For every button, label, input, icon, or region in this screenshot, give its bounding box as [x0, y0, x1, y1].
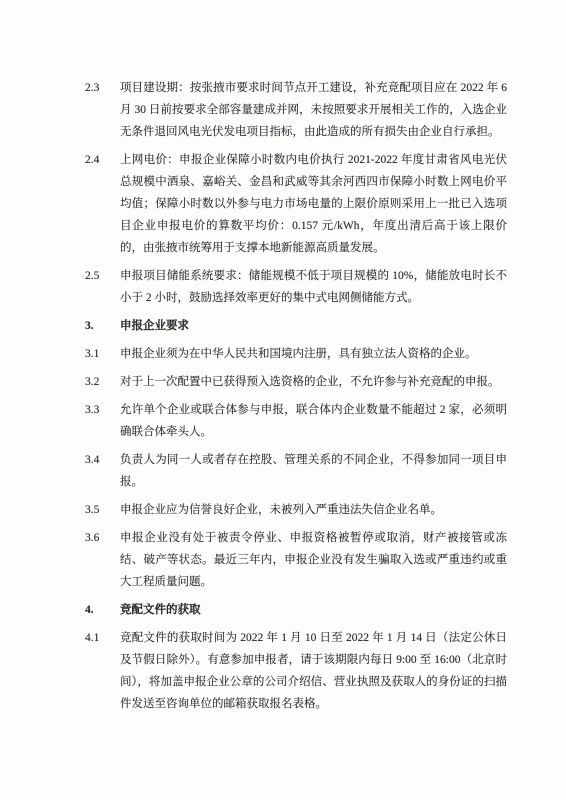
item-number: 3.2: [85, 371, 120, 393]
item-number: 2.5: [85, 265, 120, 309]
item-3-1: 3.1 申报企业须为在中华人民共和国境内注册，具有独立法人资格的企业。: [85, 343, 507, 365]
heading-text: 申报企业要求: [120, 315, 507, 337]
heading-number: 3.: [85, 315, 120, 337]
item-text: 负责人为同一人或者存在控股、管理关系的不同企业，不得参加同一项目申报。: [120, 449, 507, 493]
item-number: 2.3: [85, 77, 120, 143]
item-text: 允许单个企业或联合体参与申报，联合体内企业数量不能超过 2 家，必须明确联合体牵…: [120, 399, 507, 443]
item-number: 3.4: [85, 449, 120, 493]
item-text: 申报企业须为在中华人民共和国境内注册，具有独立法人资格的企业。: [120, 343, 507, 365]
item-number: 3.3: [85, 399, 120, 443]
item-3-6: 3.6 申报企业没有处于被责令停业、申报资格被暂停或取消，财产被接管或冻结、破产…: [85, 527, 507, 593]
item-text: 项目建设期：按张掖市要求时间节点开工建设，补充竞配项目应在 2022 年 6 月…: [120, 77, 507, 143]
item-3-4: 3.4 负责人为同一人或者存在控股、管理关系的不同企业，不得参加同一项目申报。: [85, 449, 507, 493]
item-text: 上网电价：申报企业保障小时数内电价执行 2021-2022 年度甘肃省风电光伏总…: [120, 149, 507, 259]
item-2-5: 2.5 申报项目储能系统要求：储能规模不低于项目规模的 10%，储能放电时长不小…: [85, 265, 507, 309]
item-3-2: 3.2 对于上一次配置中已获得预入选资格的企业，不允许参与补充竞配的申报。: [85, 371, 507, 393]
heading-number: 4.: [85, 599, 120, 621]
section-heading-4: 4. 竞配文件的获取: [85, 599, 507, 621]
item-3-3: 3.3 允许单个企业或联合体参与申报，联合体内企业数量不能超过 2 家，必须明确…: [85, 399, 507, 443]
item-number: 4.1: [85, 627, 120, 715]
item-2-3: 2.3 项目建设期：按张掖市要求时间节点开工建设，补充竞配项目应在 2022 年…: [85, 77, 507, 143]
section-heading-3: 3. 申报企业要求: [85, 315, 507, 337]
item-3-5: 3.5 申报企业应为信誉良好企业，未被列入严重违法失信企业名单。: [85, 499, 507, 521]
item-2-4: 2.4 上网电价：申报企业保障小时数内电价执行 2021-2022 年度甘肃省风…: [85, 149, 507, 259]
item-text: 对于上一次配置中已获得预入选资格的企业，不允许参与补充竞配的申报。: [120, 371, 507, 393]
item-text: 申报项目储能系统要求：储能规模不低于项目规模的 10%，储能放电时长不小于 2 …: [120, 265, 507, 309]
item-number: 3.5: [85, 499, 120, 521]
document-content: 2.3 项目建设期：按张掖市要求时间节点开工建设，补充竞配项目应在 2022 年…: [0, 0, 566, 715]
item-number: 3.1: [85, 343, 120, 365]
heading-text: 竞配文件的获取: [120, 599, 507, 621]
item-number: 3.6: [85, 527, 120, 593]
item-text: 申报企业应为信誉良好企业，未被列入严重违法失信企业名单。: [120, 499, 507, 521]
document-page: 2.3 项目建设期：按张掖市要求时间节点开工建设，补充竞配项目应在 2022 年…: [0, 0, 566, 800]
item-number: 2.4: [85, 149, 120, 259]
item-4-1: 4.1 竞配文件的获取时间为 2022 年 1 月 10 日至 2022 年 1…: [85, 627, 507, 715]
item-text: 竞配文件的获取时间为 2022 年 1 月 10 日至 2022 年 1 月 1…: [120, 627, 507, 715]
item-text: 申报企业没有处于被责令停业、申报资格被暂停或取消，财产被接管或冻结、破产等状态。…: [120, 527, 507, 593]
